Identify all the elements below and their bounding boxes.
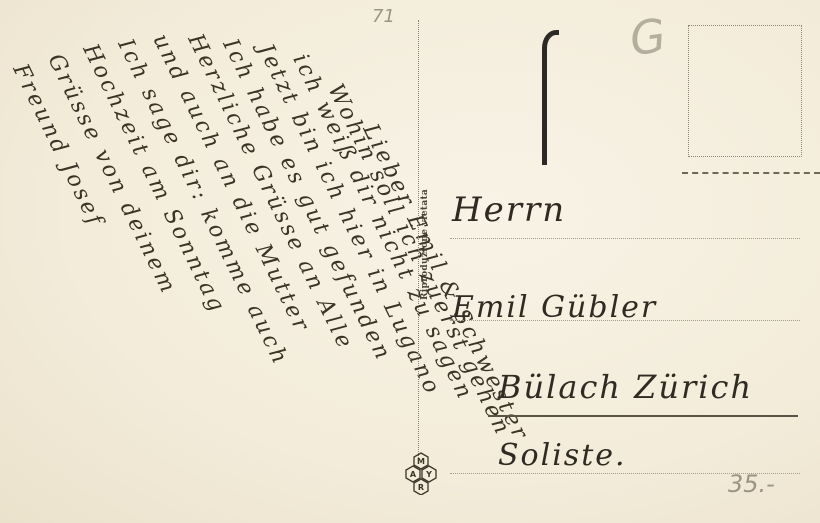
address-street: Soliste.	[498, 438, 627, 473]
postcard: Lieber Emil & Schwester Wohin soll ich z…	[0, 0, 820, 523]
address-line-3	[488, 415, 798, 417]
pencil-mark-corner: G	[626, 8, 669, 66]
publisher-note: Riproduzione vietata	[420, 189, 430, 300]
handwritten-message: Lieber Emil & Schwester Wohin soll ich z…	[20, 40, 410, 520]
stamp-box	[688, 25, 802, 157]
stamp-underline	[682, 172, 820, 174]
ink-bracket-mark	[542, 30, 559, 165]
address-line-1	[450, 238, 800, 239]
address-salutation: Herrn	[452, 190, 566, 230]
pencil-price-mark: 35.-	[728, 470, 775, 498]
hexagon-cluster-logo-icon: M A Y R	[403, 451, 439, 495]
address-city: Bülach Zürich	[498, 368, 753, 406]
svg-text:M: M	[417, 457, 425, 466]
svg-text:Y: Y	[425, 470, 432, 479]
center-divider	[418, 20, 419, 460]
svg-text:R: R	[418, 483, 424, 492]
address-name: Emil Gübler	[452, 290, 657, 325]
pencil-mark-top: 71	[372, 6, 395, 27]
svg-text:A: A	[410, 470, 417, 479]
